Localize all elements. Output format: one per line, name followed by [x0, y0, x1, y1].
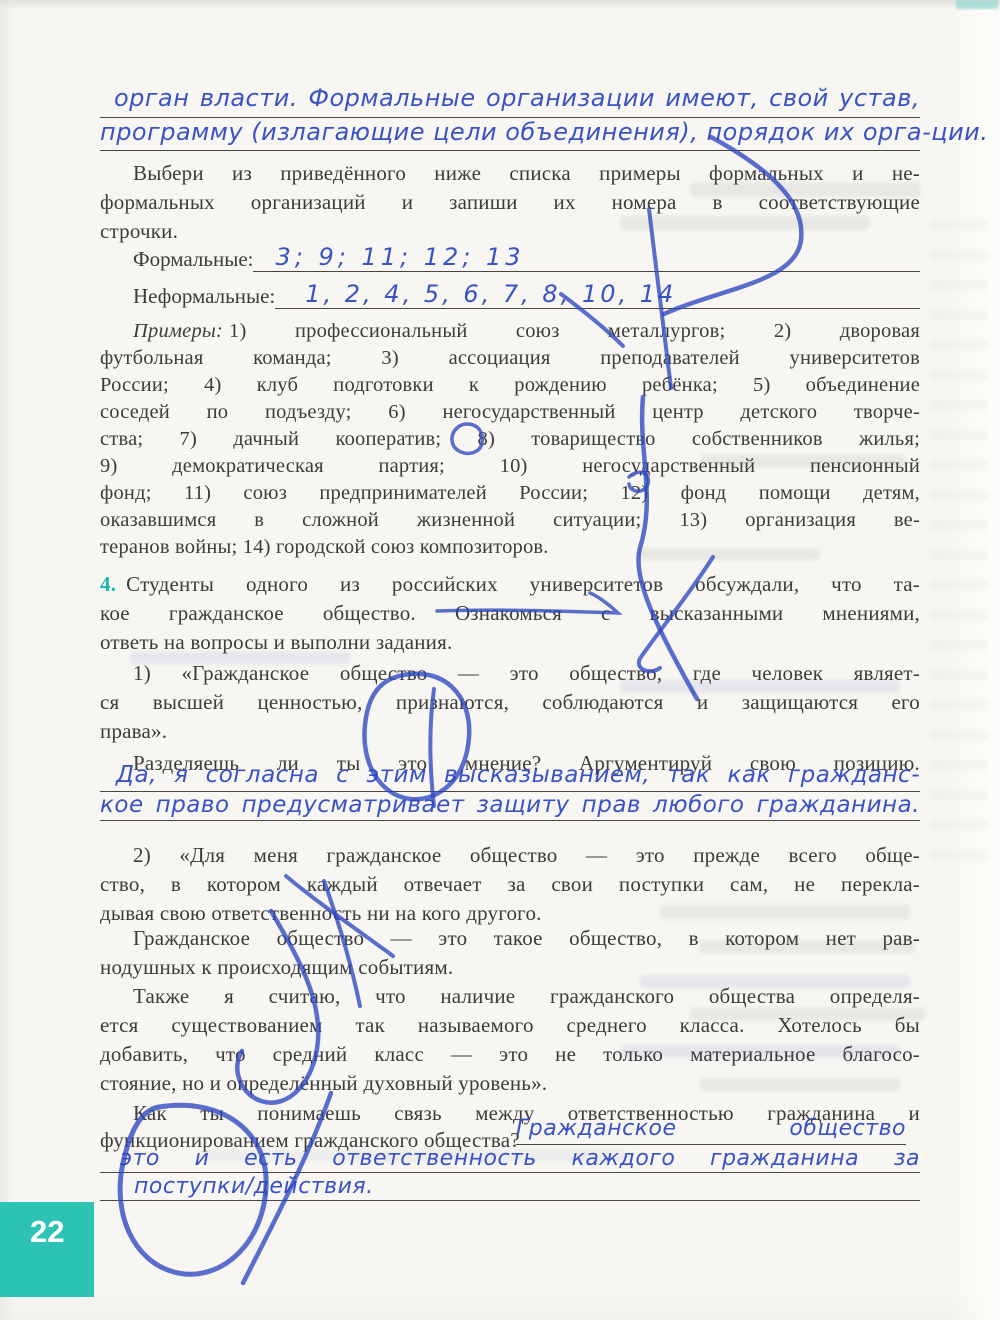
opinion2-cont-line: нодушных к происходящим событиям. — [100, 954, 920, 981]
formal-answer-handwriting: 3; 9; 11; 12; 13 — [275, 243, 524, 271]
examples-line: 9) демократическая партия; 10) негосудар… — [100, 453, 920, 480]
task4-intro-text: Студенты одного из российских университе… — [126, 572, 920, 596]
examples-line: соседей по подъезду; 6) негосударственны… — [100, 399, 920, 426]
opinion2-final-line: добавить, что средний класс — это не тол… — [100, 1041, 920, 1068]
opinion2-final-line: ется существованием так называемого сред… — [100, 1012, 920, 1039]
formal-label: Формальные: — [100, 247, 253, 272]
page-number-badge: 22 — [0, 1202, 94, 1297]
informal-label: Неформальные: — [100, 284, 275, 309]
task4-number: 4. — [100, 572, 116, 596]
answer2-inline-handwriting[interactable]: Гражданское общество — [516, 1116, 906, 1145]
page-number: 22 — [30, 1214, 64, 1250]
workbook-page-scan: орган власти. Формальные организации име… — [0, 0, 1000, 1320]
examples-line: России; 4) клуб подготовки к рождению ре… — [100, 372, 920, 399]
formal-answer-row: Формальные: 3; 9; 11; 12; 13 — [100, 243, 920, 272]
scan-artifact-teal — [956, 0, 998, 9]
examples-line: теранов войны; 14) городской союз композ… — [100, 534, 920, 561]
handwritten-answer-top-line: орган власти. Формальные организации име… — [100, 84, 920, 118]
opinion2-final-line: стояние, но и определённый духовный уров… — [100, 1070, 920, 1097]
answer1-handwriting-line[interactable]: кое право предусматривает защиту прав лю… — [100, 792, 920, 821]
opinion2-cont-line: Гражданское общество — это такое обществ… — [100, 925, 920, 952]
task-intro-line: Выбери из приведённого ниже списка приме… — [100, 160, 920, 187]
examples-line: Примеры:1) профессиональный союз металлу… — [100, 318, 920, 345]
examples-line: фонд; 11) союз предпринимателей России; … — [100, 480, 920, 507]
opinion2-line: 2) «Для меня гражданское общество — это … — [100, 842, 920, 869]
examples-lead: Примеры: — [133, 320, 223, 342]
examples-line: оказавшимся в сложной жизненной ситуации… — [100, 507, 920, 534]
opinion2-line: ство, в котором каждый отвечает за свои … — [100, 871, 920, 898]
task4-intro-line: ответь на вопросы и выполни задания. — [100, 629, 920, 656]
opinion1-line: 1) «Гражданское общество — это общество,… — [100, 660, 920, 687]
opinion2-line: дывая свою ответственность ни на кого др… — [100, 900, 920, 927]
opinion2-final-line: Также я считаю, что наличие гражданского… — [100, 983, 920, 1010]
bleedthrough-artifact — [930, 220, 988, 860]
examples-line: футбольная команда; 3) ассоциация препод… — [100, 345, 920, 372]
examples-text: 1) профессиональный союз металлургов; 2)… — [229, 320, 920, 342]
answer1-handwriting-line[interactable]: Да, я согласна с этим высказыванием, так… — [100, 762, 920, 792]
answer2-handwriting-line[interactable]: это и есть ответственность каждого гражд… — [100, 1146, 920, 1173]
opinion1-line: ся высшей ценностью, признаются, соблюда… — [100, 689, 920, 716]
examples-line: ства; 7) дачный кооператив; 8) товарищес… — [100, 426, 920, 453]
task4-intro-line: 4.Студенты одного из российских универси… — [100, 571, 920, 598]
handwritten-answer-top-line: программу (излагающие цели объединения),… — [100, 118, 920, 151]
informal-answer-row: Неформальные: 1, 2, 4, 5, 6, 7, 8, 10, 1… — [100, 280, 920, 309]
answer2-handwriting-line[interactable]: поступки/действия. — [100, 1174, 920, 1201]
informal-answer-blank[interactable]: 1, 2, 4, 5, 6, 7, 8, 10, 14 — [275, 279, 920, 309]
informal-answer-handwriting: 1, 2, 4, 5, 6, 7, 8, 10, 14 — [305, 280, 676, 308]
task-intro-line: формальных организаций и запиши их номер… — [100, 189, 920, 216]
task-intro-line: строчки. — [100, 218, 920, 245]
formal-answer-blank[interactable]: 3; 9; 11; 12; 13 — [253, 242, 920, 272]
opinion1-line: права». — [100, 718, 920, 745]
task4-intro-line: кое гражданское общество. Ознакомься с в… — [100, 600, 920, 627]
